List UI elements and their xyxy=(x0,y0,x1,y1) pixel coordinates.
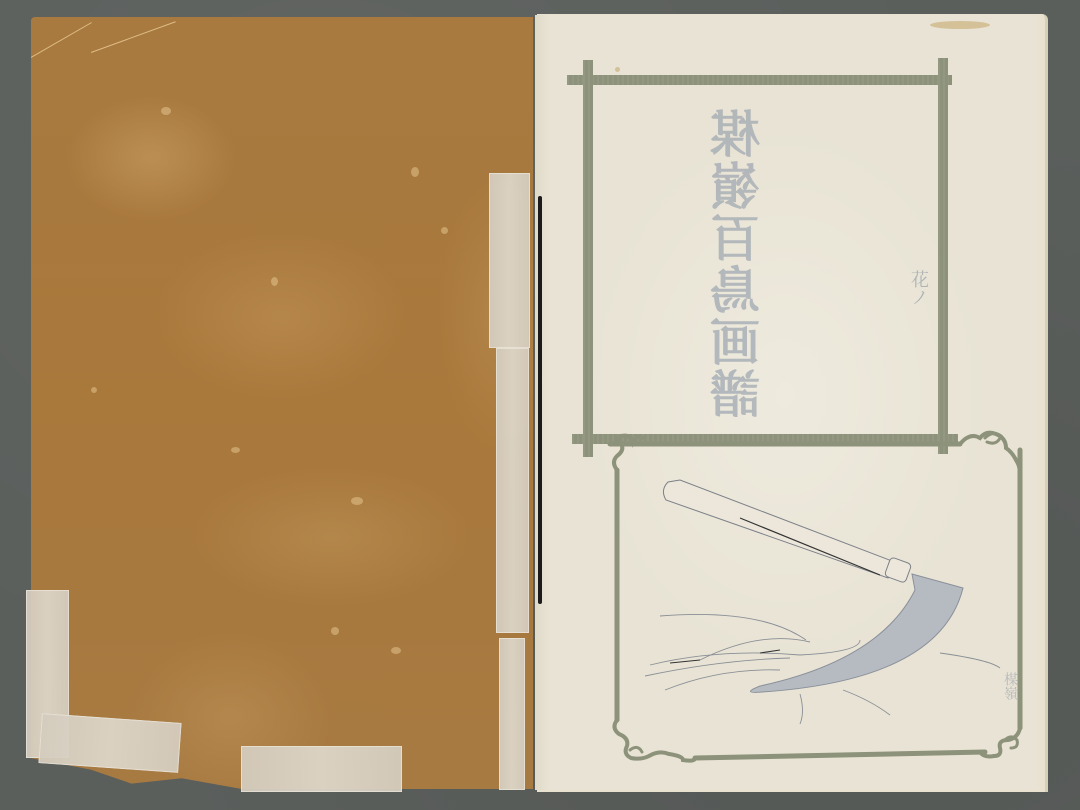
artist-seal: 楳嶺 xyxy=(1000,672,1020,700)
sickle-illustration xyxy=(0,0,1080,810)
sickle-blade xyxy=(750,574,963,692)
sickle-handle xyxy=(663,480,911,583)
